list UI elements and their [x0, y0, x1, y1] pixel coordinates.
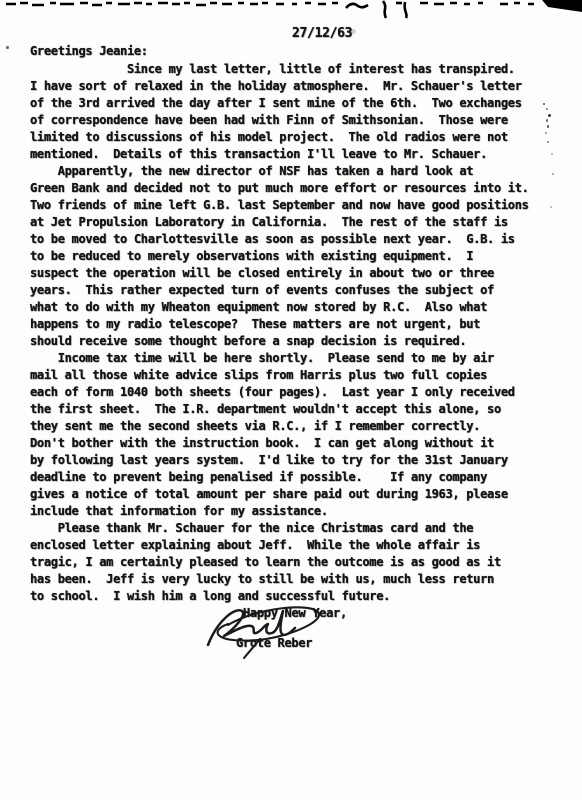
scan-speck: [543, 103, 545, 105]
letter-line: enclosed letter explaining about Jeff. W…: [30, 537, 529, 554]
letter-line: years. This rather expected turn of even…: [30, 282, 529, 299]
letter-line: has been. Jeff is very lucky to still be…: [30, 571, 529, 588]
scan-speck: [547, 141, 549, 143]
letter-line: tragic, I am certainly pleased to learn …: [30, 554, 529, 571]
letter-line: gives a notice of total amount per share…: [30, 486, 529, 503]
letter-line: Income tax time will be here shortly. Pl…: [30, 350, 529, 367]
paragraph: Since my last letter, little of interest…: [30, 61, 529, 163]
scan-speck: [550, 206, 552, 208]
paragraph: Apparently, the new director of NSF has …: [30, 163, 529, 350]
letter-line: Since my last letter, little of interest…: [30, 61, 529, 78]
letter-line: by following last years system. I'd like…: [30, 452, 529, 469]
letter-line: happens to my radio telescope? These mat…: [30, 316, 529, 333]
letter-line: Please thank Mr. Schauer for the nice Ch…: [30, 520, 529, 537]
scan-speck: [547, 125, 549, 128]
letter-line: I have sort of relaxed in the holiday at…: [30, 78, 529, 95]
letter-line: the first sheet. The I.R. department wou…: [30, 401, 529, 418]
letter-line: Don't bother with the instruction book. …: [30, 435, 529, 452]
letter-line: should receive some thought before a sna…: [30, 333, 529, 350]
letter-line: what to do with my Wheaton equipment now…: [30, 299, 529, 316]
letter-line: of the 3rd arrived the day after I sent …: [30, 95, 529, 112]
scan-speck: [6, 46, 9, 49]
letter-body: Since my last letter, little of interest…: [30, 61, 529, 605]
scan-speck: [552, 173, 554, 175]
letter-line: deadline to prevent being penalised if p…: [30, 469, 529, 486]
letter-line: mentioned. Details of this transaction I…: [30, 146, 529, 163]
paragraph: Please thank Mr. Schauer for the nice Ch…: [30, 520, 529, 605]
letter-line: they sent me the second sheets via R.C.,…: [30, 418, 529, 435]
letter-line: mail all those white advice slips from H…: [30, 367, 529, 384]
letter-line: to be reduced to merely observations wit…: [30, 248, 529, 265]
scan-speck: [546, 108, 548, 110]
letter-date: 27/12/63: [292, 26, 352, 41]
letter-line: limited to discussions of his model proj…: [30, 129, 529, 146]
scan-edge-artifact: [0, 0, 582, 24]
letter-line: to be moved to Charlottesville as soon a…: [30, 231, 529, 248]
handwritten-signature-grote: [198, 599, 338, 661]
scan-speck: [551, 153, 553, 155]
scanned-letter-page: 27/12/63 Greetings Jeanie: Since my last…: [0, 0, 582, 800]
letter-line: at Jet Propulsion Laboratory in Californ…: [30, 214, 529, 231]
letter-line: Apparently, the new director of NSF has …: [30, 163, 529, 180]
scan-speck: [548, 114, 551, 117]
scan-speck: [545, 132, 547, 134]
letter-line: each of form 1040 both sheets (four page…: [30, 384, 529, 401]
letter-line: Green Bank and decided not to put much m…: [30, 180, 529, 197]
letter-line: suspect the operation will be closed ent…: [30, 265, 529, 282]
paragraph: Income tax time will be here shortly. Pl…: [30, 350, 529, 520]
letter-line: include that information for my assistan…: [30, 503, 529, 520]
scan-speck: [546, 119, 548, 122]
letter-line: Two friends of mine left G.B. last Septe…: [30, 197, 529, 214]
salutation: Greetings Jeanie:: [30, 44, 148, 58]
letter-line: of correspondence have been had with Fin…: [30, 112, 529, 129]
